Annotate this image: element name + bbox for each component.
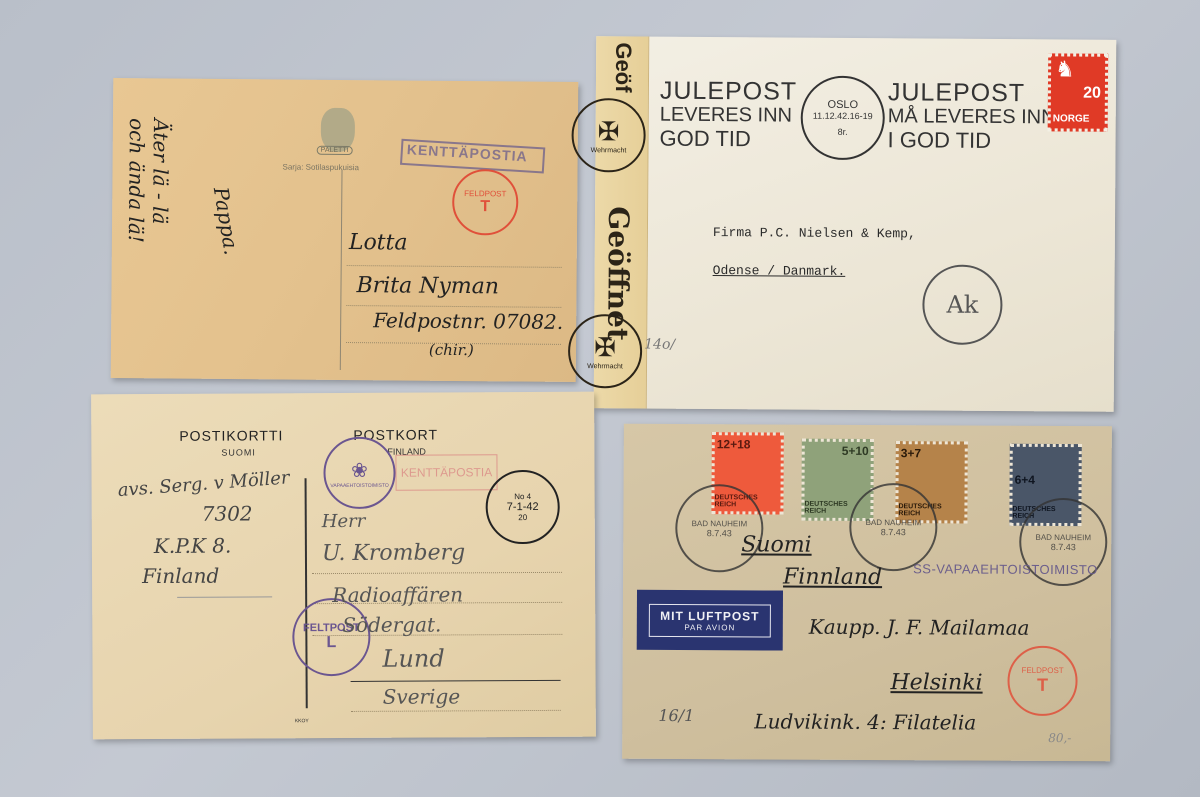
paletti-logo-text: PALETTI: [317, 146, 353, 155]
censor-eagle-mark: ✠ Wehrmacht: [571, 98, 646, 173]
sender-line: avs. Serg. v Möller: [117, 467, 290, 501]
address-line: Helsinki: [890, 670, 982, 695]
signature: Pappa.: [209, 185, 244, 256]
address-line: Södergat.: [342, 612, 441, 637]
address-line: Lotta: [349, 230, 408, 256]
red-box-stamp: KENTTÄPOSTIA: [395, 454, 497, 491]
norge-stamp: ♞ 20 NORGE: [1048, 53, 1109, 131]
sender-line: K.P.K 8.: [154, 534, 232, 558]
pencil-note: 80,-: [1048, 731, 1071, 745]
header-postikortti: POSTIKORTTI: [179, 427, 283, 444]
card-divider: [340, 170, 343, 370]
envelope-oslo: Geöf ✠ Wehrmacht Geöffnet ✠ Wehrmacht JU…: [594, 36, 1117, 412]
address-line: Suomi: [741, 532, 812, 557]
underline: [351, 680, 561, 682]
censor-ak-mark: Ak: [922, 264, 1003, 345]
purple-seal: ❀ VAPAAEHTOISTOIMISTO: [323, 437, 395, 509]
addressee-line: Odense / Danmark.: [713, 263, 846, 279]
pencil-note: 14o/: [644, 337, 675, 353]
oslo-postmark: OSLO 11.12.42.16-19 8r.: [800, 76, 885, 161]
message-text: Äter lä - lä och ända lä!: [124, 118, 173, 243]
cover-helsinki: 12+18 DEUTSCHES REICH 5+10 DEUTSCHES REI…: [622, 424, 1112, 762]
address-line: Ludvikink. 4: Filatelia: [754, 709, 976, 734]
postcard-lund: POSTIKORTTI SUOMI POSTKORT FINLAND KENTT…: [91, 392, 596, 740]
feldpost-stamp: FELDPOST T: [452, 169, 519, 236]
sender-line: 7302: [202, 501, 253, 525]
slogan-cancel-left: JULEPOST LEVERES INN GOD TID: [660, 79, 798, 152]
kenttapostia-box-stamp: KENTTÄPOSTIA: [400, 139, 545, 174]
feltpost-stamp: FELTPOST L: [292, 598, 370, 676]
series-label: Sarja: Sotilaspukuisia: [283, 162, 360, 172]
address-line: Feldpostnr. 07082.: [373, 308, 563, 334]
address-line: Sverige: [383, 684, 461, 708]
address-line: Brita Nyman: [356, 273, 499, 299]
address-line: Lund: [382, 644, 444, 672]
address-line: Radioaffären: [332, 582, 463, 607]
postcard-lotta: PALETTI Sarja: Sotilaspukuisia KENTTÄPOS…: [111, 78, 579, 382]
header-suomi: SUOMI: [221, 447, 256, 457]
slogan-cancel-right: JULEPOST MÅ LEVERES INN I GOD TID: [888, 80, 1056, 153]
bad-nauheim-postmark: BAD NAUHEIM 8.7.43: [675, 484, 763, 572]
address-line: Herr: [322, 511, 366, 532]
feldpost-stamp: FELDPOST T: [1007, 646, 1077, 716]
censor-eagle-mark: ✠ Wehrmacht: [568, 314, 643, 389]
bad-nauheim-postmark: BAD NAUHEIM 8.7.43: [849, 483, 937, 571]
pencil-note: 16/1: [658, 706, 694, 725]
censor-tape: Geöf ✠ Wehrmacht Geöffnet ✠ Wehrmacht: [594, 36, 650, 408]
printer-mark: KKOY: [295, 718, 309, 724]
sender-line: Finland: [142, 564, 219, 588]
card-divider: [305, 478, 308, 708]
address-line: Kaupp. J. F. Mailamaa: [809, 615, 1030, 640]
violet-handstamp: SS-VAPAAEHTOISTOIMISTO: [913, 561, 1098, 577]
airmail-label: MIT LUFTPOST PAR AVION: [637, 590, 783, 651]
addressee-line: Firma P.C. Nielsen & Kemp,: [713, 225, 916, 241]
address-line: (chir.): [429, 341, 474, 359]
address-line: U. Kromberg: [322, 540, 465, 566]
kenttapostikonttori-postmark: No 4 7-1-42 20: [486, 470, 560, 544]
address-line: Finnland: [783, 565, 882, 591]
